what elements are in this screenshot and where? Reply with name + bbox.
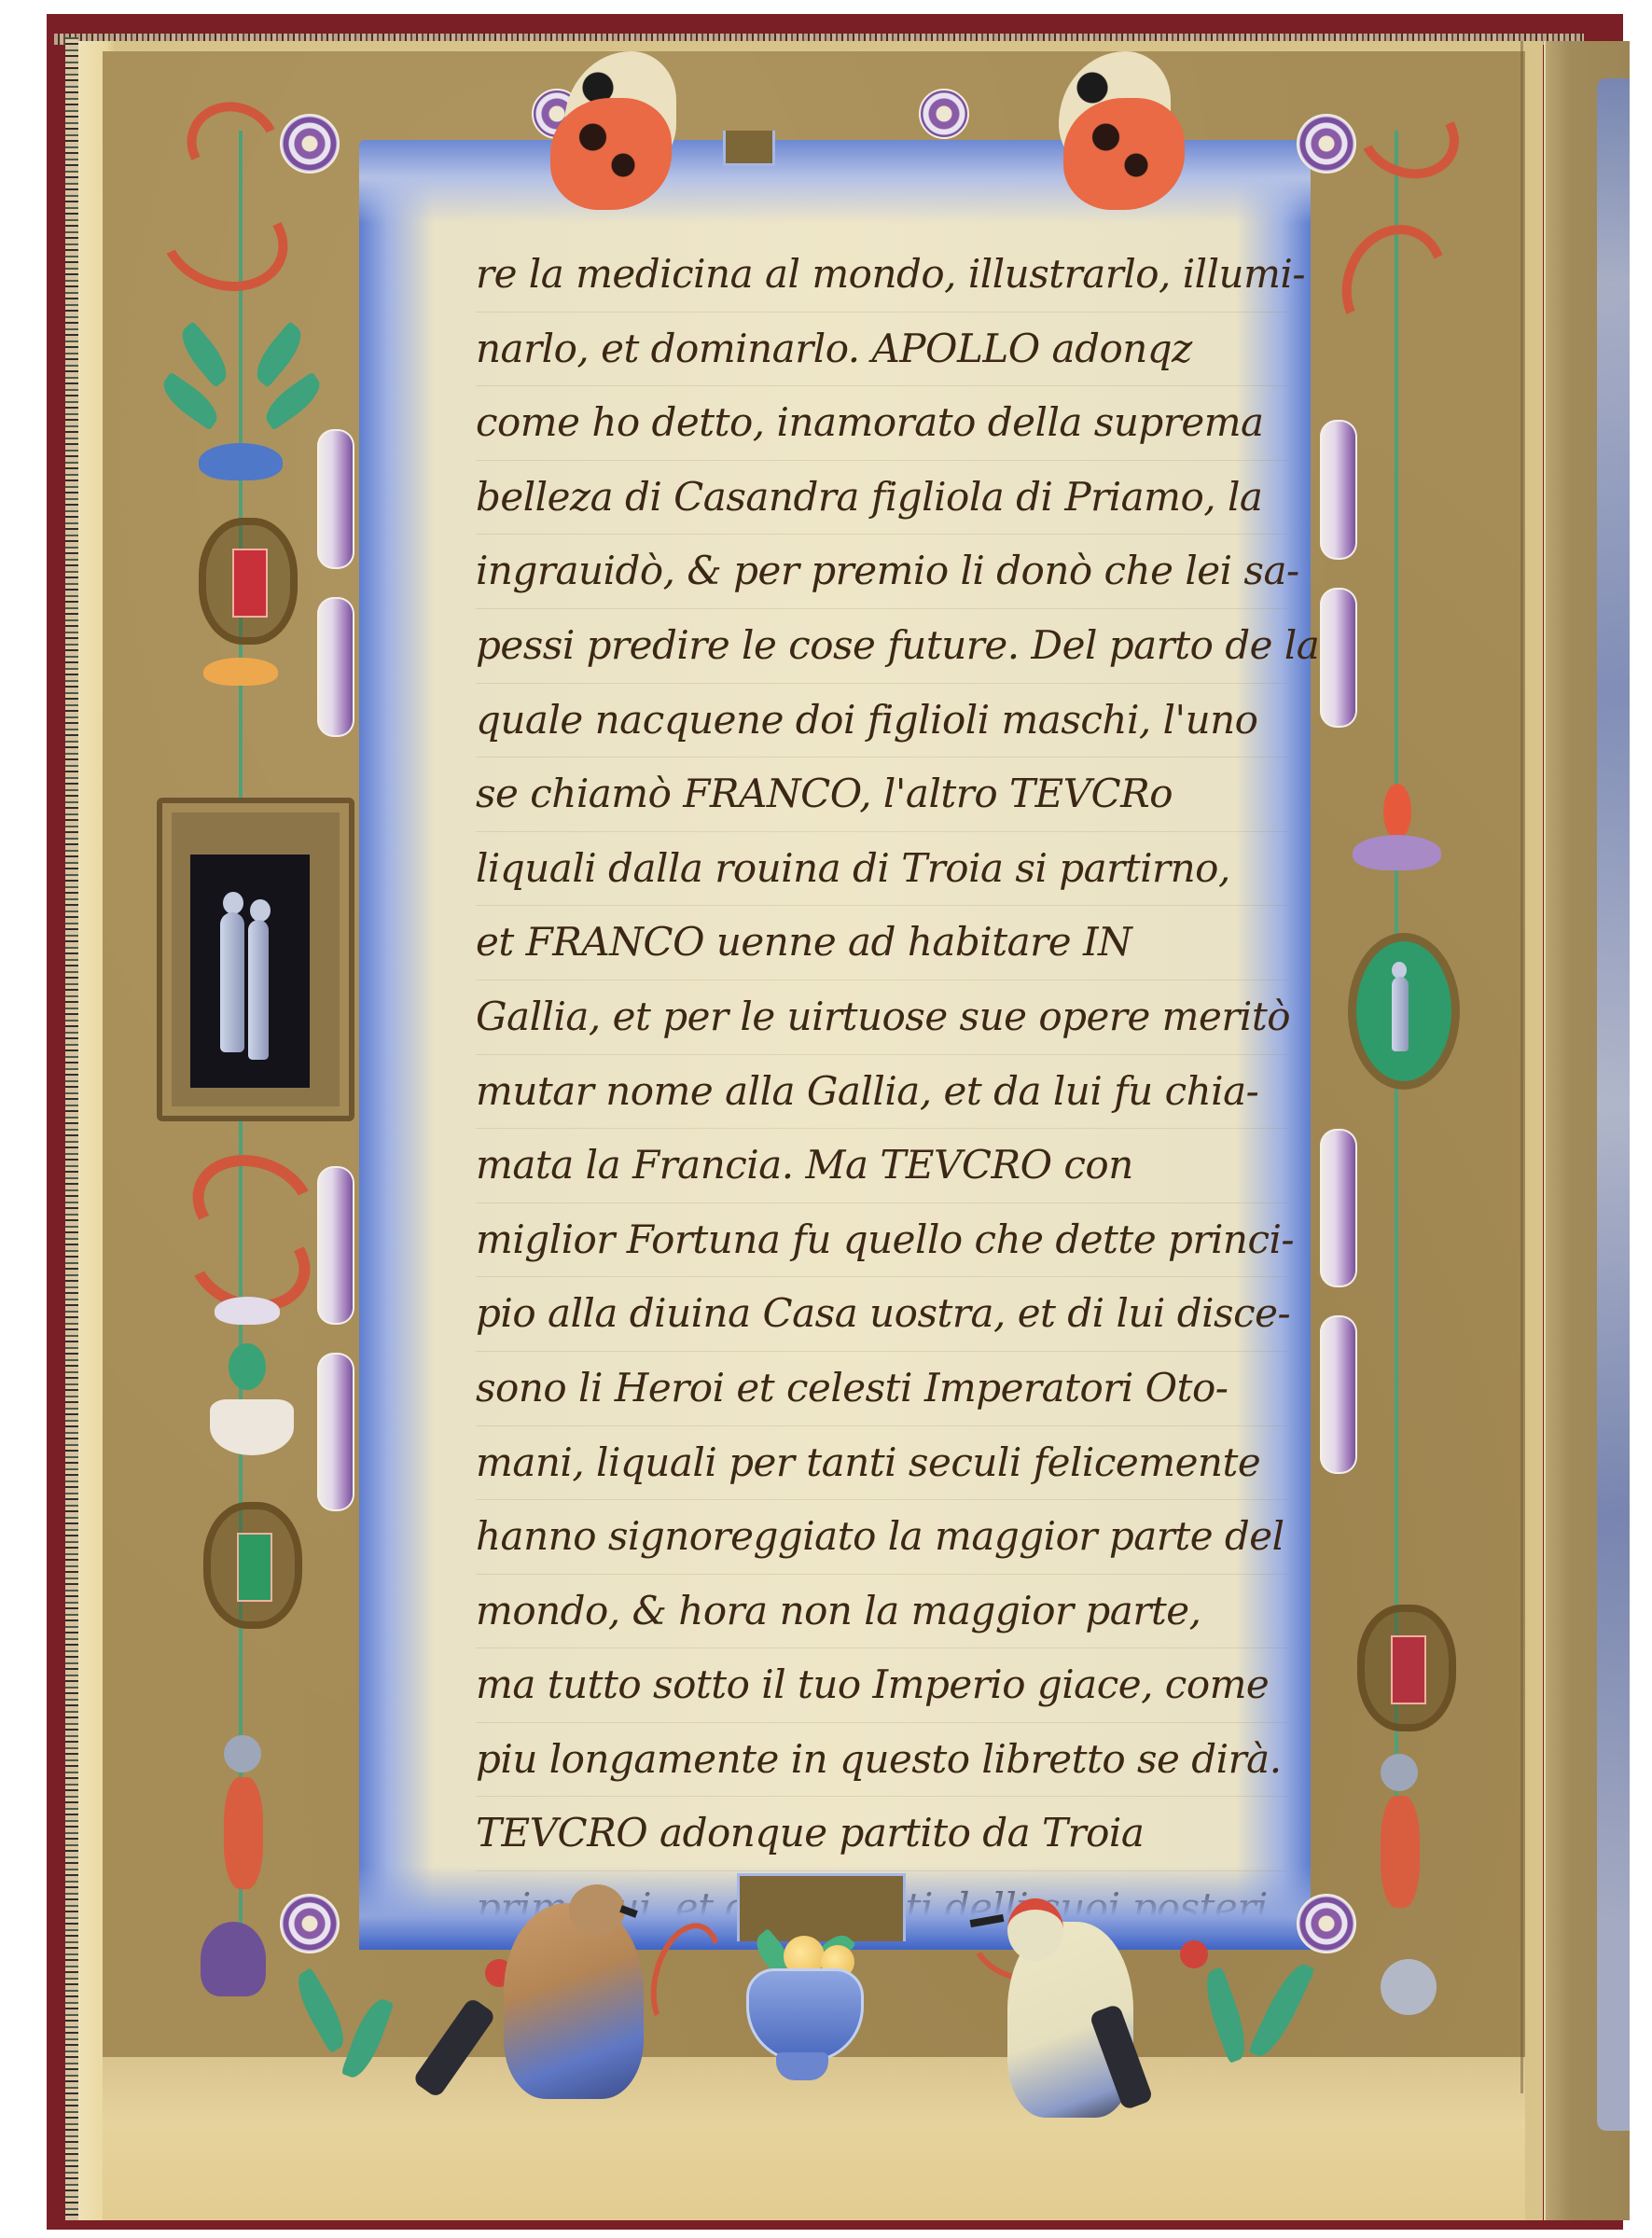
bird-head-icon <box>569 1884 625 1936</box>
ruby-icon <box>232 549 268 618</box>
scroll-roll-icon <box>317 429 354 569</box>
scroll-notch <box>723 131 775 166</box>
scroll-roll-icon <box>1320 1129 1357 1287</box>
scroll-curl-icon <box>1297 1894 1356 1953</box>
orange-blossom-icon <box>203 658 278 686</box>
jewel-frame-icon <box>203 1502 302 1629</box>
jewel-frame-icon <box>1357 1605 1456 1731</box>
red-carnation-icon <box>1180 1940 1208 1968</box>
figure-icon <box>1392 977 1409 1051</box>
bottom-margin <box>103 2057 1525 2220</box>
scroll-curl-icon <box>280 114 340 174</box>
violet-flower-icon <box>1353 835 1441 870</box>
grisaille-cameo <box>190 855 310 1088</box>
text-line: se chiamò FRANCO, l'altro TEVCRo <box>476 758 1287 832</box>
scroll-curl-icon <box>919 89 969 139</box>
text-line: TEVCRO adonque partito da Troia <box>476 1797 1287 1871</box>
text-line: pio alla diuina Casa uostra, et di lui d… <box>476 1277 1287 1352</box>
butterfly-wing-icon <box>1063 98 1185 210</box>
scroll-roll-icon <box>1320 588 1357 728</box>
figure-head-icon <box>250 899 271 922</box>
pearl-icon <box>1381 1754 1418 1791</box>
scroll-roll-icon <box>317 1353 354 1511</box>
text-line: mondo, & hora non la maggior parte, <box>476 1575 1287 1649</box>
text-line: come ho detto, inamorato della suprema <box>476 386 1287 461</box>
green-oval-cameo <box>1348 933 1460 1090</box>
text-line: pessi predire le cose future. Del parto … <box>476 609 1287 684</box>
text-line: narlo, et dominarlo. APOLLO adonqz <box>476 313 1287 387</box>
butterfly-wing-icon <box>550 98 672 210</box>
white-bellflower-icon <box>210 1399 294 1455</box>
vase-foot-icon <box>776 2052 828 2080</box>
pearl-icon <box>224 1735 261 1772</box>
scroll-roll-icon <box>1320 420 1357 560</box>
page-crease <box>1520 41 1523 2093</box>
emerald-icon <box>237 1533 272 1602</box>
bird-head-icon <box>1007 1898 1063 1961</box>
scroll-roll-icon <box>317 1166 354 1325</box>
next-page-edge <box>1544 41 1630 2220</box>
scroll-curl-icon <box>1297 114 1356 174</box>
figure-icon <box>248 920 269 1060</box>
butterfly-left-icon <box>550 51 728 229</box>
text-line: mata la Francia. Ma TEVCRO con <box>476 1129 1287 1203</box>
text-line: et FRANCO uenne ad habitare IN <box>476 906 1287 980</box>
text-line: re la medicina al mondo, illustrarlo, il… <box>476 238 1287 313</box>
text-line: mutar nome alla Gallia, et da lui fu chi… <box>476 1055 1287 1130</box>
text-line: belleza di Casandra figliola di Priamo, … <box>476 461 1287 535</box>
scroll-cartouche: re la medicina al mondo, illustrarlo, il… <box>322 140 1353 1950</box>
white-flower-icon <box>215 1297 280 1325</box>
text-line: mani, liquali per tanti seculi felicemen… <box>476 1426 1287 1501</box>
butterfly-right-icon <box>1007 51 1185 229</box>
violet-iris-icon <box>201 1922 266 1996</box>
red-tassel-icon <box>1381 1796 1420 1908</box>
red-bud-icon <box>1383 784 1411 840</box>
text-line: ma tutto sotto il tuo Imperio giace, com… <box>476 1648 1287 1723</box>
pansy-icon <box>1381 1959 1437 2015</box>
text-line: hanno signoreggiato la maggior parte del <box>476 1500 1287 1575</box>
scroll-curl-icon <box>280 1894 340 1953</box>
next-page-border-strip <box>1597 78 1630 2131</box>
scroll-body: re la medicina al mondo, illustrarlo, il… <box>359 140 1311 1950</box>
jewel-frame-icon <box>199 518 298 645</box>
figure-icon <box>220 912 244 1052</box>
red-tassel-icon <box>224 1777 263 1889</box>
scroll-bottom-notch <box>737 1873 906 1941</box>
text-block: re la medicina al mondo, illustrarlo, il… <box>476 238 1287 1946</box>
ruby-icon <box>1391 1635 1426 1704</box>
text-line: Gallia, et per le uirtuose sue opere mer… <box>476 980 1287 1055</box>
green-bud-icon <box>229 1343 266 1390</box>
text-line: liquali dalla rouina di Troia si partirn… <box>476 832 1287 907</box>
text-line: miglior Fortuna fu quello che dette prin… <box>476 1203 1287 1278</box>
text-line: piu longamente in questo libretto se dir… <box>476 1723 1287 1798</box>
figure-head-icon <box>223 892 243 914</box>
blue-lotus-icon <box>199 443 283 480</box>
jay-bird-icon <box>504 1903 644 2099</box>
headband-left <box>65 37 78 2220</box>
text-line: sono li Heroi et celesti Imperatori Oto- <box>476 1352 1287 1426</box>
text-line: ingrauidò, & per premio li donò che lei … <box>476 535 1287 609</box>
text-line: quale nacquene doi figlioli maschi, l'un… <box>476 684 1287 758</box>
scroll-roll-icon <box>1320 1315 1357 1474</box>
scroll-roll-icon <box>317 597 354 737</box>
